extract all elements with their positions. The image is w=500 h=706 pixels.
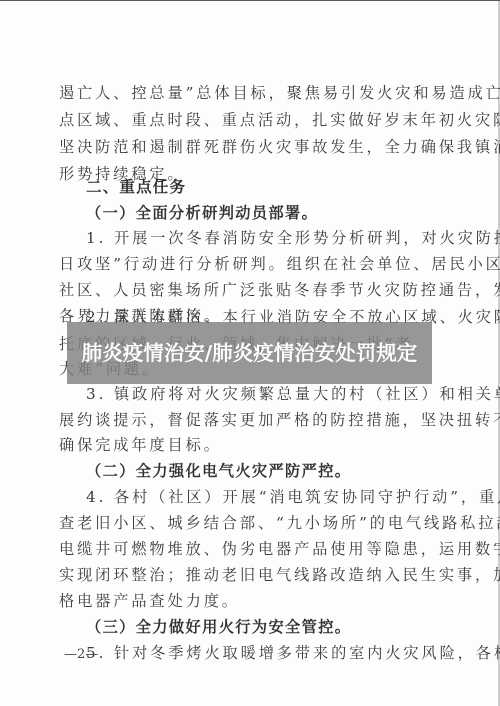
paragraph-line: 坚决防范和遏制群死群伤火灾事故发生，全力确保我镇消防安全 — [59, 137, 500, 157]
item-line: 实现闭环整治；推动老旧电气线路改造纳入民生实事，加大不合 — [59, 565, 500, 585]
item-line: 展约谈提示，督促落实更加严格的防控措施，坚决扭转不利局面， — [59, 410, 500, 430]
item-line: 格电器产品查处力度。 — [59, 591, 240, 611]
subsection-heading: （二）全力强化电气火灾严防严控。 — [86, 461, 351, 481]
item-line: 4. 各村（社区）开展“消电筑安协同守护行动”，重点排 — [86, 487, 500, 507]
paragraph-line: 点区域、重点时段、重点活动，扎实做好岁末年初火灾防控工作， — [59, 110, 500, 130]
section-heading: 二、重点任务 — [86, 177, 186, 197]
subsection-heading: （三）全力做好用火行为安全管控。 — [86, 617, 351, 637]
item-line: 社区、人员密集场所广泛张贴冬春季节火灾防控通告，发动社会 — [59, 280, 500, 300]
item-line: 5. 针对冬季烤火取暖增多带来的室内火灾风险，各村（社 — [86, 643, 500, 663]
item-line: 电缆井可燃物堆放、伪劣电器产品使用等隐患，运用数字化手段 — [59, 539, 500, 559]
title-overlay-banner: 肺炎疫情治安/肺炎疫情治安处罚规定 — [67, 322, 432, 384]
item-line: 查老旧小区、城乡结合部、“九小场所”的电气线路私拉乱接、 — [59, 513, 500, 533]
paragraph-line: 遏亡人、控总量”总体目标，聚焦易引发火灾和易造成亡人的重 — [59, 83, 500, 103]
item-line: 1. 开展一次冬春消防安全形势分析研判，对火灾防控“百 — [86, 228, 500, 248]
item-line: 3. 镇政府将对火灾频繁总量大的村（社区）和相关单位开 — [86, 384, 500, 404]
item-line: 确保完成年度目标。 — [59, 435, 222, 455]
page-number: —2— — [64, 647, 98, 662]
item-line: 日攻坚”行动进行分析研判。组织在社会单位、居民小区、城乡 — [59, 254, 500, 274]
overlay-title: 肺炎疫情治安/肺炎疫情治安处罚规定 — [72, 341, 428, 365]
subsection-heading: （一）全面分析研判动员部署。 — [86, 203, 318, 223]
